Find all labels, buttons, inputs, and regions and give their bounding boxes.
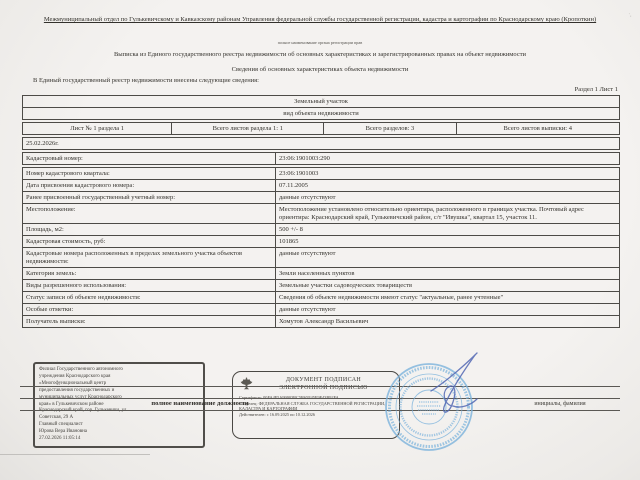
mfc-stamp-official-name: Юрова Вера Ивановна (39, 429, 199, 436)
row-label: Получатель выписки: (23, 316, 275, 327)
intro-line: В Единый государственный реестр недвижим… (33, 77, 259, 84)
sheet-cell: Всего листов выписки: 4 (456, 123, 619, 134)
document-subtitle: Сведения об основных характеристиках объ… (24, 66, 616, 73)
table-row: Местоположение: Местоположение установле… (22, 203, 620, 224)
scan-artifact-line (0, 454, 150, 455)
esign-title-line1: ДОКУМЕНТ ПОДПИСАН (254, 376, 393, 384)
table-row: Категория земель: Земли населенных пункт… (22, 267, 620, 280)
table-row: Кадастровая стоимость, руб: 101865 (22, 235, 620, 248)
row-label: Категория земель: (23, 268, 275, 279)
object-type-caption: вид объекта недвижимости (23, 107, 619, 119)
row-label: Кадастровый номер: (23, 153, 275, 164)
object-characteristics-table: Земельный участок вид объекта недвижимос… (22, 95, 620, 328)
row-label: Особые отметки: (23, 304, 275, 315)
scanned-document-page: Межмуниципальный отдел по Гулькевичскому… (0, 0, 640, 480)
object-type-box: Земельный участок вид объекта недвижимос… (22, 95, 620, 120)
sheet-cell: Лист № 1 раздела 1 (23, 123, 171, 134)
mfc-stamp-line: Советская, 29 А (39, 415, 199, 422)
table-row: Кадастровые номера расположенных в преде… (22, 247, 620, 268)
row-label: Ранее присвоенный государственный учетны… (23, 192, 275, 203)
table-row: Получатель выписки: Хомутов Александр Ва… (22, 315, 620, 328)
mfc-stamp-line: Филиал Государственного автономного (39, 367, 199, 374)
row-label: Площадь, м2: (23, 224, 275, 235)
mfc-stamp-line: учреждения Краснодарского края (39, 374, 199, 381)
row-value: 101865 (275, 236, 619, 247)
row-value: Сведения об объекте недвижимости имеют с… (275, 292, 619, 303)
row-value: 23:06:1901003 (275, 168, 619, 179)
table-row: Площадь, м2: 500 +/- 8 (22, 223, 620, 236)
authority-caption: полное наименование органа регистрации п… (30, 40, 610, 45)
row-label: Кадастровая стоимость, руб: (23, 236, 275, 247)
mfc-stamp-line: Главный специалист (39, 422, 199, 429)
table-row: Дата присвоения кадастрового номера: 07.… (22, 179, 620, 192)
registration-authority-name: Межмуниципальный отдел по Гулькевичскому… (30, 16, 610, 25)
row-value: Земли населенных пунктов (275, 268, 619, 279)
table-row: Виды разрешенного использования: Земельн… (22, 279, 620, 292)
signature-block: полное наименование должности инициалы, … (20, 386, 620, 411)
name-caption: инициалы, фамилия (485, 401, 635, 407)
section-sheet-label: Раздел 1 Лист 1 (575, 86, 618, 93)
row-value: данные отсутствуют (275, 248, 619, 267)
row-label: Виды разрешенного использования: (23, 280, 275, 291)
sheet-cell: Всего листов раздела 1: 1 (171, 123, 323, 134)
row-label: Номер кадастрового квартала: (23, 168, 275, 179)
row-value: 23:06:1901003:290 (275, 153, 619, 164)
table-row: Номер кадастрового квартала: 23:06:19010… (22, 167, 620, 180)
row-value: Хомутов Александр Васильевич (275, 316, 619, 327)
row-value: Земельные участки садоводческих товарище… (275, 280, 619, 291)
row-label: Статус записи об объекте недвижимости: (23, 292, 275, 303)
object-type: Земельный участок (23, 96, 619, 107)
sheet-counters-row: Лист № 1 раздела 1 Всего листов раздела … (22, 122, 620, 135)
row-label: Местоположение: (23, 204, 275, 223)
signature-line-row (20, 386, 620, 398)
table-row: Статус записи об объекте недвижимости: С… (22, 291, 620, 304)
signature-caption-row: полное наименование должности инициалы, … (20, 398, 620, 411)
row-value: 07.11.2005 (275, 180, 619, 191)
position-caption: полное наименование должности (110, 400, 290, 407)
row-value: данные отсутствуют (275, 304, 619, 315)
document-title: Выписка из Единого государственного реес… (24, 51, 616, 59)
extract-date-row: 25.02.2026г. (22, 137, 620, 150)
row-value: данные отсутствуют (275, 192, 619, 203)
row-label: Дата присвоения кадастрового номера: (23, 180, 275, 191)
handwritten-signature (413, 349, 497, 427)
table-row: Ранее присвоенный государственный учетны… (22, 191, 620, 204)
sheet-cell: Всего разделов: 3 (323, 123, 455, 134)
row-value: 500 +/- 8 (275, 224, 619, 235)
row-value: Местоположение установлено относительно … (275, 204, 619, 223)
table-row: Особые отметки: данные отсутствуют (22, 303, 620, 316)
table-row: Кадастровый номер: 23:06:1901003:290 (22, 152, 620, 165)
row-label: Кадастровые номера расположенных в преде… (23, 248, 275, 267)
scan-corner-mark: ·‚ (627, 12, 632, 19)
esign-validity: Действителен: с 16.09.2025 по 10.12.2026 (239, 412, 393, 418)
mfc-stamp-datetime: 27.02.2026 11:05:14 (39, 436, 199, 443)
